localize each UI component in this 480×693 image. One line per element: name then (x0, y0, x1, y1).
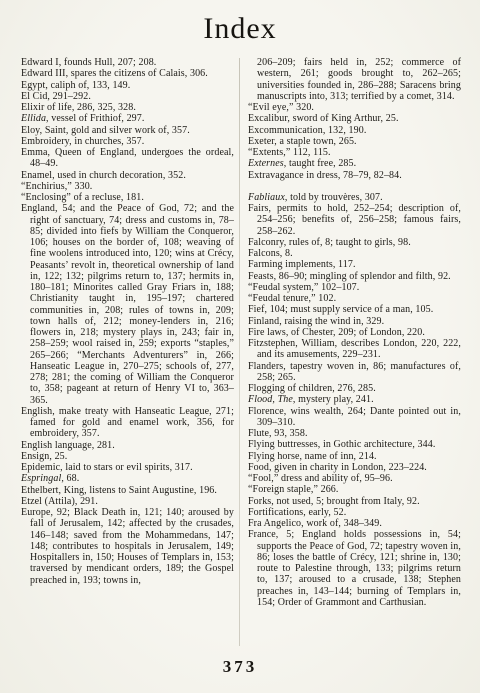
index-entry: “Feudal system,” 102–107. (248, 282, 461, 293)
index-entry: Flying buttresses, in Gothic architectur… (248, 439, 461, 450)
index-entry: Farming implements, 117. (248, 259, 461, 270)
index-entry: Finland, raising the wind in, 329. (248, 316, 461, 327)
index-entry: Ensign, 25. (21, 451, 234, 462)
index-entry: Food, given in charity in London, 223–22… (248, 462, 461, 473)
index-entry: 206–209; fairs held in, 252; commerce of… (248, 57, 461, 102)
index-entry: Forks, not used, 5; brought from Italy, … (248, 496, 461, 507)
index-entry: Falcons, 8. (248, 248, 461, 259)
index-columns: Edward I, founds Hull, 207; 208.Edward I… (21, 57, 461, 657)
page-number: 373 (0, 657, 480, 677)
index-entry: Falconry, rules of, 8; taught to girls, … (248, 237, 461, 248)
index-entry: Epidemic, laid to stars or evil spirits,… (21, 462, 234, 473)
index-entry: “Enclosing” of a recluse, 181. (21, 192, 234, 203)
index-entry: Ethelbert, King, listens to Saint August… (21, 485, 234, 496)
index-entry: Externes, taught free, 285. (248, 158, 461, 169)
index-entry: Feasts, 86–90; mingling of splendor and … (248, 271, 461, 282)
index-entry: Enamel, used in church decoration, 352. (21, 170, 234, 181)
index-entry: English, make treaty with Hanseatic Leag… (21, 406, 234, 440)
index-entry: Europe, 92; Black Death in, 121; 140; ar… (21, 507, 234, 586)
index-entry: Embroidery, in churches, 357. (21, 136, 234, 147)
index-entry: Emma, Queen of England, undergoes the or… (21, 147, 234, 170)
index-entry: Fortifications, early, 52. (248, 507, 461, 518)
index-entry: Egypt, caliph of, 133, 149. (21, 80, 234, 91)
index-entry: Edward III, spares the citizens of Calai… (21, 68, 234, 79)
index-entry: “Feudal tenure,” 102. (248, 293, 461, 304)
index-entry: Espringal, 68. (21, 473, 234, 484)
index-entry: “Fool,” dress and ability of, 95–96. (248, 473, 461, 484)
index-entry: Exeter, a staple town, 265. (248, 136, 461, 147)
index-entry: Extravagance in dress, 78–79, 82–84. (248, 170, 461, 181)
index-entry: “Foreign staple,” 266. (248, 484, 461, 495)
index-entry: “Evil eye,” 320. (248, 102, 461, 113)
index-entry: Flogging of children, 276, 285. (248, 383, 461, 394)
index-entry: Eloy, Saint, gold and silver work of, 35… (21, 125, 234, 136)
index-entry: Excalibur, sword of King Arthur, 25. (248, 113, 461, 124)
index-column-right: 206–209; fairs held in, 252; commerce of… (248, 57, 461, 657)
index-entry: English language, 281. (21, 440, 234, 451)
index-entry: Fitzstephen, William, describes London, … (248, 338, 461, 361)
book-page: Index Edward I, founds Hull, 207; 208.Ed… (0, 0, 480, 693)
column-divider (239, 58, 240, 646)
index-entry: Flying horse, name of inn, 214. (248, 451, 461, 462)
index-entry: “Enchirius,” 330. (21, 181, 234, 192)
index-entry: Ellida, vessel of Frithiof, 297. (21, 113, 234, 124)
index-entry: Flute, 93, 358. (248, 428, 461, 439)
index-entry: Fra Angelico, work of, 348–349. (248, 518, 461, 529)
index-entry: Fabliaux, told by trouvères, 307. (248, 192, 461, 203)
index-entry: Excommunication, 132, 190. (248, 125, 461, 136)
index-entry: El Cid, 291–292. (21, 91, 234, 102)
index-entry: France, 5; England holds possessions in,… (248, 529, 461, 608)
index-entry: England, 54; and the Peace of God, 72; a… (21, 203, 234, 406)
index-entry: Etzel (Attila), 291. (21, 496, 234, 507)
index-entry: Florence, wins wealth, 264; Dante pointe… (248, 406, 461, 429)
index-column-left: Edward I, founds Hull, 207; 208.Edward I… (21, 57, 234, 657)
index-entry: Flanders, tapestry woven in, 86; manufac… (248, 361, 461, 384)
index-entry: Fire laws, of Chester, 209; of London, 2… (248, 327, 461, 338)
index-entry: Fief, 104; must supply service of a man,… (248, 304, 461, 315)
index-entry: Edward I, founds Hull, 207; 208. (21, 57, 234, 68)
page-title: Index (0, 12, 480, 46)
index-entry: Fairs, permits to hold, 252–254; descrip… (248, 203, 461, 237)
index-entry: “Extents,” 112, 115. (248, 147, 461, 158)
index-entry: Elixir of life, 286, 325, 328. (21, 102, 234, 113)
index-entry: Flood, The, mystery play, 241. (248, 394, 461, 405)
